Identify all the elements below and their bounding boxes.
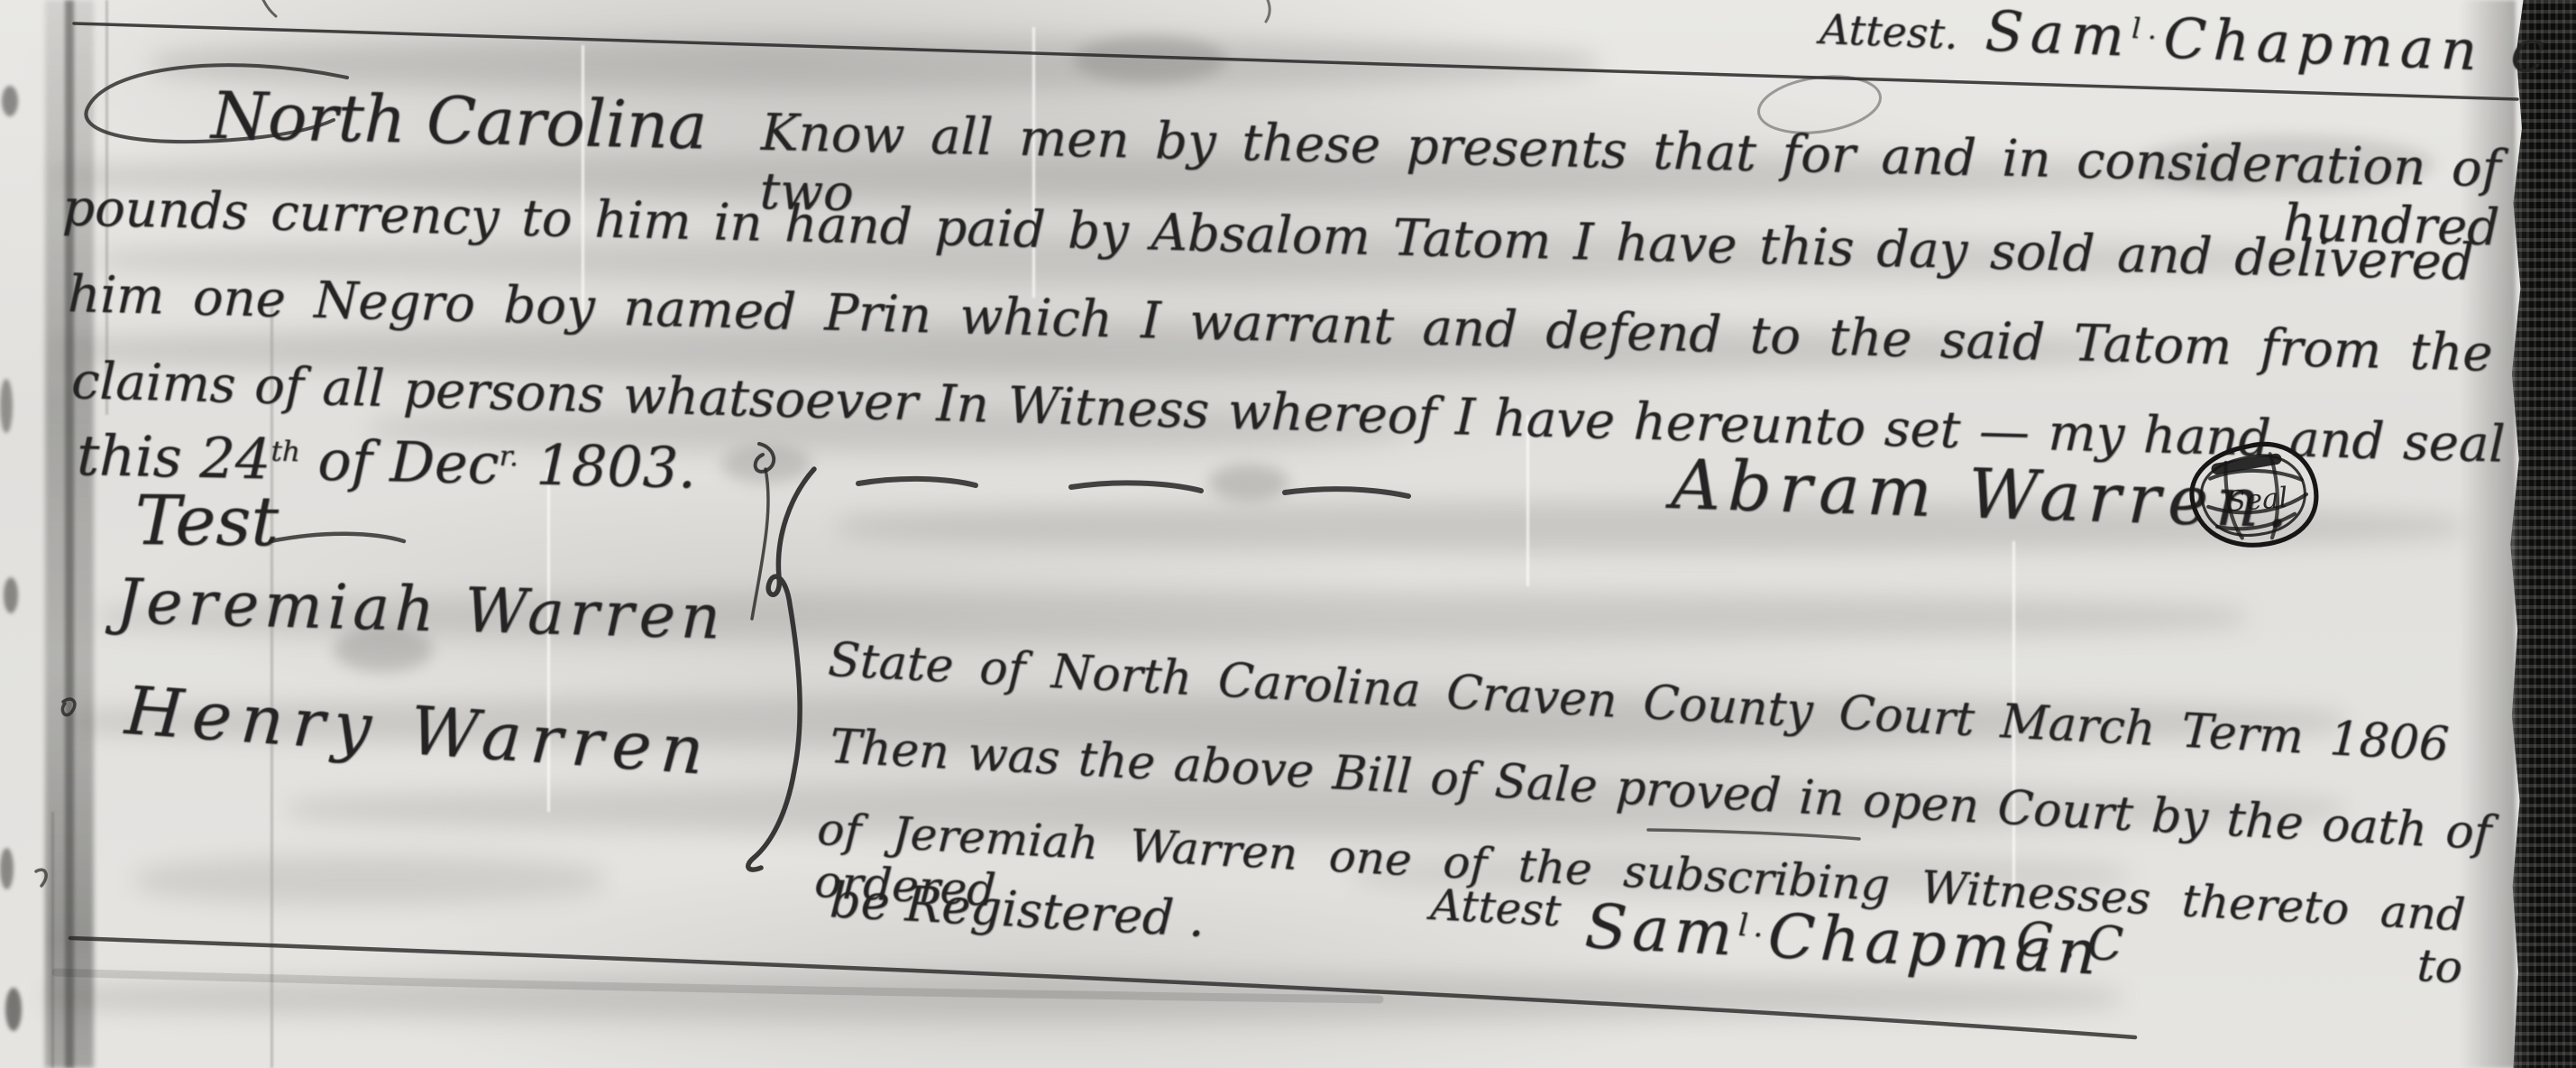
clerk-title: C.C [2510,32,2576,87]
date-sup-th: th [270,435,300,468]
margin-mark [36,870,46,886]
seal-text: Seal [2225,482,2288,519]
filler-dash [1285,489,1408,496]
clerk-sig-sup: l. [2131,13,2164,46]
top-edge-stroke [263,0,276,16]
top-edge-stroke [1266,0,1270,22]
margin-mark [62,699,75,715]
date-flourish-descender [752,469,768,619]
date-flourish [756,444,775,472]
witnesses-overline [1648,830,1859,839]
clerk-sig-pre: Sam [1984,0,2132,69]
probate-clerk-title: C.C [2015,913,2135,973]
probate-attest-word: Attest [1429,879,1562,936]
scanned-deed-book-page: Attest. Saml.Chapman C.C North Carolina … [0,0,2576,1068]
date-year: 1803. [518,431,697,501]
witness-brace [748,469,814,870]
clerk-sig-pre: Sam [1583,891,1740,971]
test-flourish [270,534,404,541]
date-mid: of Dec [299,427,500,497]
bottom-rule-faint [56,972,1380,999]
clerk-sig-post: Chapman [2162,5,2485,83]
witness-test-label: Test [134,480,279,561]
filler-dash [858,479,976,485]
place-heading: North Carolina [210,78,708,164]
seal-icon: Seal [2178,434,2328,556]
clerk-sig-sup: l. [1737,907,1770,945]
filler-dash [1071,483,1201,491]
attest-word: Attest. [1819,5,1958,59]
seal-bar [2216,459,2276,469]
date-sup-r: r. [499,440,518,473]
